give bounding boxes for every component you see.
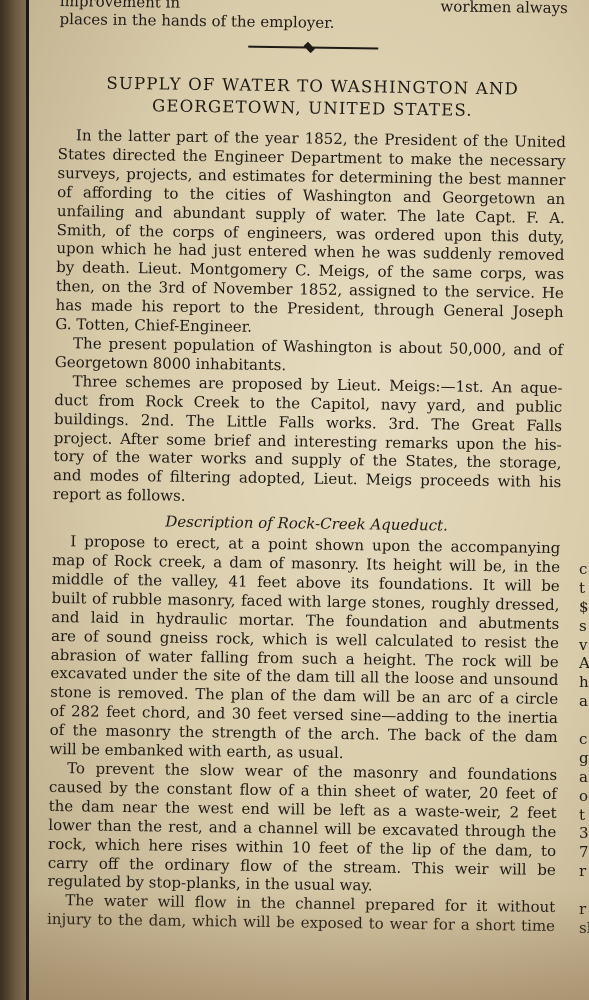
paragraph-channel-flow: The water will flow in the channel prepa…: [47, 891, 555, 936]
adjacent-page-edge-text: c t $ s v A h a c g a o t 3 7 r r sl: [579, 560, 589, 938]
edge-char: o: [579, 787, 589, 806]
edge-char: v: [579, 636, 589, 655]
edge-char: a: [579, 768, 589, 787]
edge-char: 3: [579, 824, 589, 843]
paragraph-intro: In the latter part of the year 1852, the…: [55, 126, 566, 341]
paragraph-dam-description: I propose to erect, at a point shown upo…: [49, 532, 560, 766]
edge-char: $: [579, 598, 589, 617]
section-divider-ornament: [248, 41, 378, 55]
edge-char: r: [579, 862, 589, 881]
edge-char: c: [579, 730, 589, 749]
edge-char: [579, 881, 589, 900]
edge-char: s: [579, 617, 589, 636]
article-title: SUPPLY OF WATER TO WASHINGTON AND GEORGE…: [58, 72, 567, 123]
paragraph-schemes: Three schemes are proposed by Lieut. Mei…: [53, 372, 563, 511]
edge-char: g: [579, 749, 589, 768]
paragraph-waste-weir: To prevent the slow wear of the masonry …: [47, 759, 557, 898]
previous-article-fragment: improvement in workmen always places in …: [59, 0, 567, 35]
edge-char: A: [579, 654, 589, 673]
edge-char: h: [579, 673, 589, 692]
book-page: improvement in workmen always places in …: [29, 0, 589, 1000]
edge-char: t: [579, 579, 589, 598]
fragment-line-1-right: workmen always: [440, 0, 568, 17]
diamond-icon: [304, 42, 315, 53]
text-column: improvement in workmen always places in …: [47, 0, 568, 936]
edge-char: [579, 711, 589, 730]
edge-char: a: [579, 692, 589, 711]
text-line: The water will flow in the channel prepa…: [47, 891, 555, 917]
edge-char: r: [579, 900, 589, 919]
edge-char: sl: [579, 919, 589, 938]
edge-char: t: [579, 806, 589, 825]
edge-char: c: [579, 560, 589, 579]
text-line: injury to the dam, which will be exposed…: [47, 910, 555, 936]
edge-char: 7: [579, 843, 589, 862]
